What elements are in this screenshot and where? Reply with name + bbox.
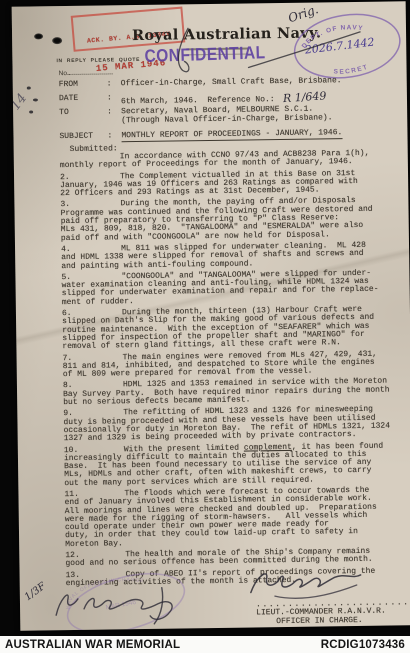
paper-hole: [52, 37, 62, 44]
paragraph-number: 9.: [63, 410, 73, 418]
meta-row-subject: SUBJECT : MONTHLY REPORT OF PROCEEDINGS …: [59, 127, 407, 141]
paragraph-number: 12.: [65, 552, 80, 560]
ink-blot: [33, 98, 38, 101]
paragraph: 9.The refitting of HDML 1323 and 1326 fo…: [63, 406, 410, 444]
paragraph-line: monthly report of Proceedings for the mo…: [60, 157, 353, 170]
paragraph-number: 6.: [62, 310, 72, 318]
from-label: FROM: [59, 79, 107, 89]
paragraph-number: 2.: [60, 174, 70, 182]
colon: :: [107, 107, 121, 125]
paragraph: 11.The floods which were forecast to occ…: [64, 486, 410, 549]
paragraph-line: Moreton Bay.: [65, 539, 123, 549]
pen-stroke-marks: [122, 18, 383, 84]
scan-stage: ACK. BY. A.S. 1334Y 15 MAR 1946 Royal Au…: [0, 0, 410, 653]
date-label: DATE: [59, 93, 107, 107]
subject-label: SUBJECT: [59, 131, 107, 141]
paragraph-line: and painting with anti-fouling compound.: [61, 259, 253, 271]
paragraph-number: 8.: [63, 382, 73, 390]
document-paper: ACK. BY. A.S. 1334Y 15 MAR 1946 Royal Au…: [12, 1, 410, 630]
to-label: TO: [59, 107, 107, 126]
colon: :: [107, 93, 121, 106]
no-label: No.: [59, 70, 69, 77]
paragraph-number: 7.: [63, 355, 73, 363]
bottom-left-handwritten-note: 1/3F: [23, 581, 48, 603]
dotted-rule: [69, 67, 113, 75]
paragraph-number: 5.: [61, 274, 71, 282]
footer-institution: AUSTRALIAN WAR MEMORIAL: [5, 639, 180, 651]
colon: :: [107, 131, 121, 140]
margin-handwritten-numeral: 14: [12, 91, 31, 113]
ink-blot: [29, 110, 33, 113]
paragraph: 8.HDML 1325 and 1353 remained in service…: [63, 378, 410, 408]
to-value: Secretary, Naval Board, MELBOURNE S.C.1.…: [121, 103, 407, 125]
paragraph-line: ment of rudder.: [62, 297, 134, 307]
footer-record-id: RCDIG1073436: [321, 639, 405, 651]
paragraph: 4.ML 811 was slipped for underwater clea…: [61, 241, 409, 271]
paragraph-line: but no serious defects became manifest.: [63, 396, 250, 408]
signature-left: [50, 579, 201, 627]
paragraph: 3.During the month, the paying off and/o…: [60, 197, 409, 243]
colon: :: [107, 79, 121, 88]
reply-number-line: No.: [59, 67, 113, 77]
paragraph: 10.With the present limited complement, …: [64, 442, 410, 488]
body-paragraphs: In accordance with CCNO 97/43 and ACB823…: [60, 149, 410, 591]
subject-value: MONTHLY REPORT OF PROCEEDINGS - JANUARY,…: [121, 127, 407, 140]
meta-row-to: TO : Secretary, Naval Board, MELBOURNE S…: [59, 103, 407, 126]
paragraph: 2.The Complement victualled in at this B…: [60, 169, 408, 199]
ink-blot: [27, 87, 31, 90]
signatory-title: OFFICER IN CHARGE.: [276, 616, 363, 626]
paper-hole: [34, 33, 43, 39]
reference-number-handwritten: R 1/649: [282, 89, 326, 105]
paragraph-number: 4.: [61, 246, 71, 254]
paragraph-number: 3.: [60, 201, 70, 209]
paragraph: In accordance with CCNO 97/43 and ACB823…: [60, 149, 408, 170]
paragraph-number: 10.: [64, 446, 79, 454]
paragraph: 5."COONGOOLA" and "TANGALOOMA" were slip…: [61, 269, 409, 307]
paragraph: 7.The main engines were removed from MLs…: [63, 350, 410, 380]
archive-footer-bar: AUSTRALIAN WAR MEMORIAL RCDIG1073436: [0, 636, 410, 653]
paragraph: 6.During the month, thirteen (13) Harbou…: [62, 305, 410, 351]
paragraph-number: 11.: [64, 491, 79, 499]
